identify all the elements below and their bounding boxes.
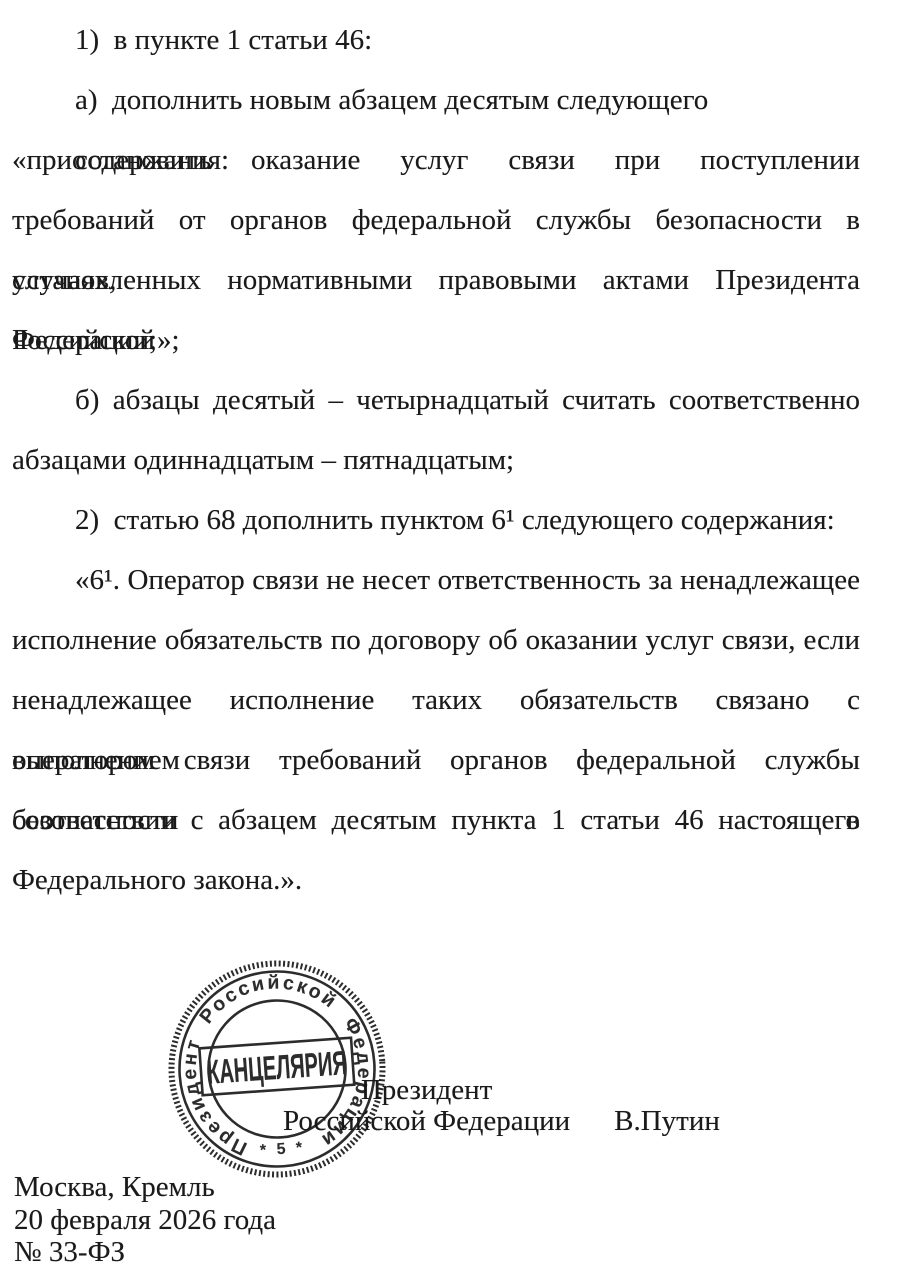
body-line: установленных нормативными правовыми акт… xyxy=(12,250,860,310)
body-line: «6¹. Оператор связи не несет ответственн… xyxy=(12,550,860,610)
body-line: требований от органов федеральной службы… xyxy=(12,190,860,250)
body-line: ненадлежащее исполнение таких обязательс… xyxy=(12,670,860,730)
footer-place: Москва, Кремль xyxy=(14,1171,276,1204)
stamp-center-text: КАНЦЕЛЯРИЯ xyxy=(206,1044,348,1092)
signatory-name: В.Путин xyxy=(614,1105,720,1137)
body-line: Федерации;»; xyxy=(12,310,860,370)
body-line: «приостановить оказание услуг связи при … xyxy=(12,130,860,190)
body-line: оператором связи требований органов феде… xyxy=(12,730,860,790)
body-line: Федерального закона.». xyxy=(12,850,860,910)
body-line: 1) в пункте 1 статьи 46: xyxy=(12,10,860,70)
document-body: 1) в пункте 1 статьи 46:а) дополнить нов… xyxy=(12,10,860,910)
footer-block: Москва, Кремль 20 февраля 2026 года № 33… xyxy=(14,1171,276,1269)
body-line: исполнение обязательств по договору об о… xyxy=(12,610,860,670)
body-line: б) абзацы десятый – четырнадцатый считат… xyxy=(12,370,860,430)
footer-date: 20 февраля 2026 года xyxy=(14,1204,276,1237)
body-line: 2) статью 68 дополнить пунктом 6¹ следую… xyxy=(12,490,860,550)
body-line: абзацами одиннадцатым – пятнадцатым; xyxy=(12,430,860,490)
footer-number: № 33-ФЗ xyxy=(14,1236,276,1269)
body-line: а) дополнить новым абзацем десятым следу… xyxy=(12,70,860,130)
chancellery-stamp-icon: Президент Российской Федерации * 5 * КАН… xyxy=(159,951,395,1187)
stamp-number: * 5 * xyxy=(259,1139,305,1159)
scanned-law-page: 1) в пункте 1 статьи 46:а) дополнить нов… xyxy=(0,0,920,1280)
body-line: соответствии с абзацем десятым пункта 1 … xyxy=(12,790,860,850)
